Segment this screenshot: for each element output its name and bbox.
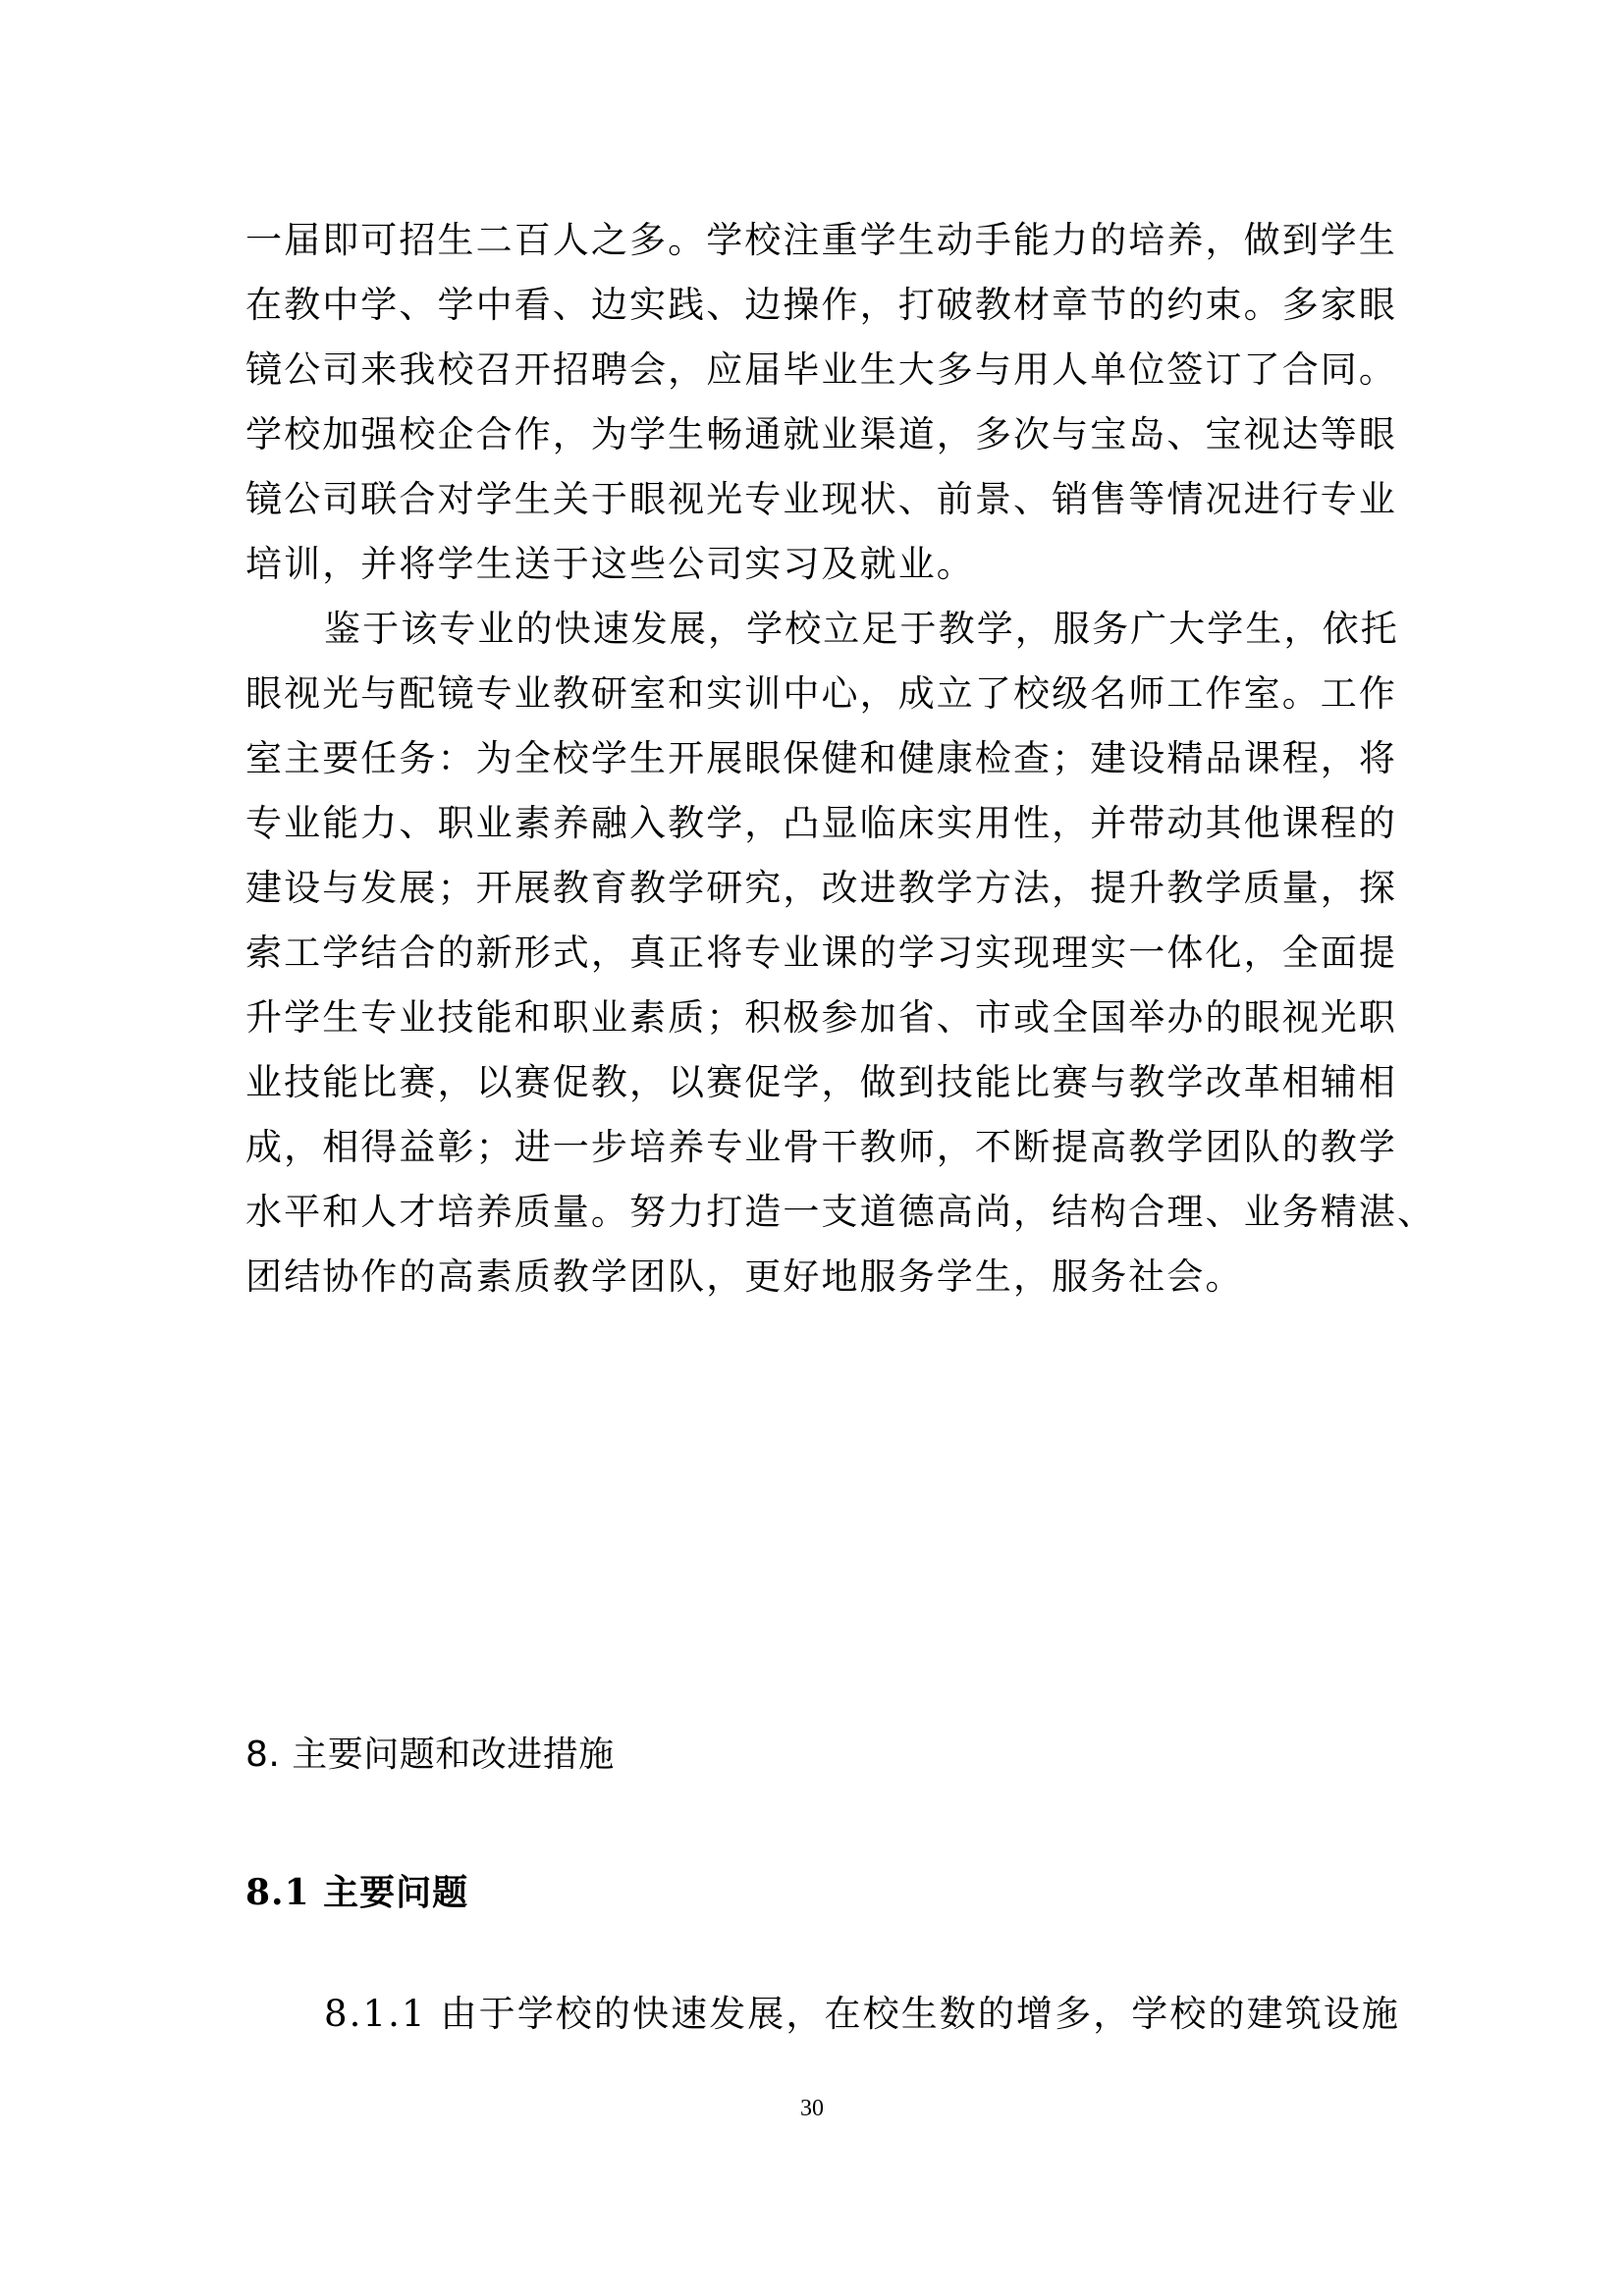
paragraph-line: 建设与发展；开展教育教学研究，改进教学方法，提升教学质量，探 — [245, 864, 1392, 913]
paragraph-line: 业技能比赛，以赛促教，以赛促学，做到技能比赛与教学改革相辅相 — [245, 1058, 1392, 1107]
paragraph-line: 团结协作的高素质教学团队，更好地服务学生，服务社会。 — [245, 1253, 1392, 1302]
paragraph-first-line: 鉴于该专业的快速发展，学校立足于教学，服务广大学生，依托 — [324, 605, 1392, 654]
paragraph-line: 培训，并将学生送于这些公司实习及就业。 — [245, 540, 1392, 589]
paragraph-line: 水平和人才培养质量。努力打造一支道德高尚，结构合理、业务精湛、 — [245, 1188, 1392, 1237]
paragraph-line: 成，相得益彰；进一步培养专业骨干教师，不断提高教学团队的教学 — [245, 1123, 1392, 1172]
paragraph-line: 眼视光与配镜专业教研室和实训中心，成立了校级名师工作室。工作 — [245, 669, 1392, 719]
section-heading: 8. 主要问题和改进措施 — [245, 1731, 615, 1780]
page-number: 30 — [0, 2094, 1624, 2123]
document-page: 一届即可招生二百人之多。学校注重学生动手能力的培养，做到学生 在教中学、学中看、… — [0, 0, 1624, 2296]
paragraph-line: 镜公司来我校召开招聘会，应届毕业生大多与用人单位签订了合同。 — [245, 346, 1392, 395]
paragraph-line: 升学生专业技能和职业素质；积极参加省、市或全国举办的眼视光职 — [245, 993, 1392, 1042]
paragraph-line: 专业能力、职业素养融入教学，凸显临床实用性，并带动其他课程的 — [245, 799, 1392, 848]
subsection-heading: 8.1 主要问题 — [245, 1868, 468, 1917]
paragraph-first-line: 8.1.1 由于学校的快速发展，在校生数的增多，学校的建筑设施 — [324, 1990, 1392, 2039]
paragraph-line: 室主要任务：为全校学生开展眼保健和健康检查；建设精品课程，将 — [245, 734, 1392, 783]
paragraph-line: 一届即可招生二百人之多。学校注重学生动手能力的培养，做到学生 — [245, 216, 1392, 265]
paragraph-line: 镜公司联合对学生关于眼视光专业现状、前景、销售等情况进行专业 — [245, 475, 1392, 524]
paragraph-line: 在教中学、学中看、边实践、边操作，打破教材章节的约束。多家眼 — [245, 281, 1392, 330]
paragraph-line: 学校加强校企合作，为学生畅通就业渠道，多次与宝岛、宝视达等眼 — [245, 410, 1392, 459]
paragraph-line: 索工学结合的新形式，真正将专业课的学习实现理实一体化，全面提 — [245, 929, 1392, 978]
